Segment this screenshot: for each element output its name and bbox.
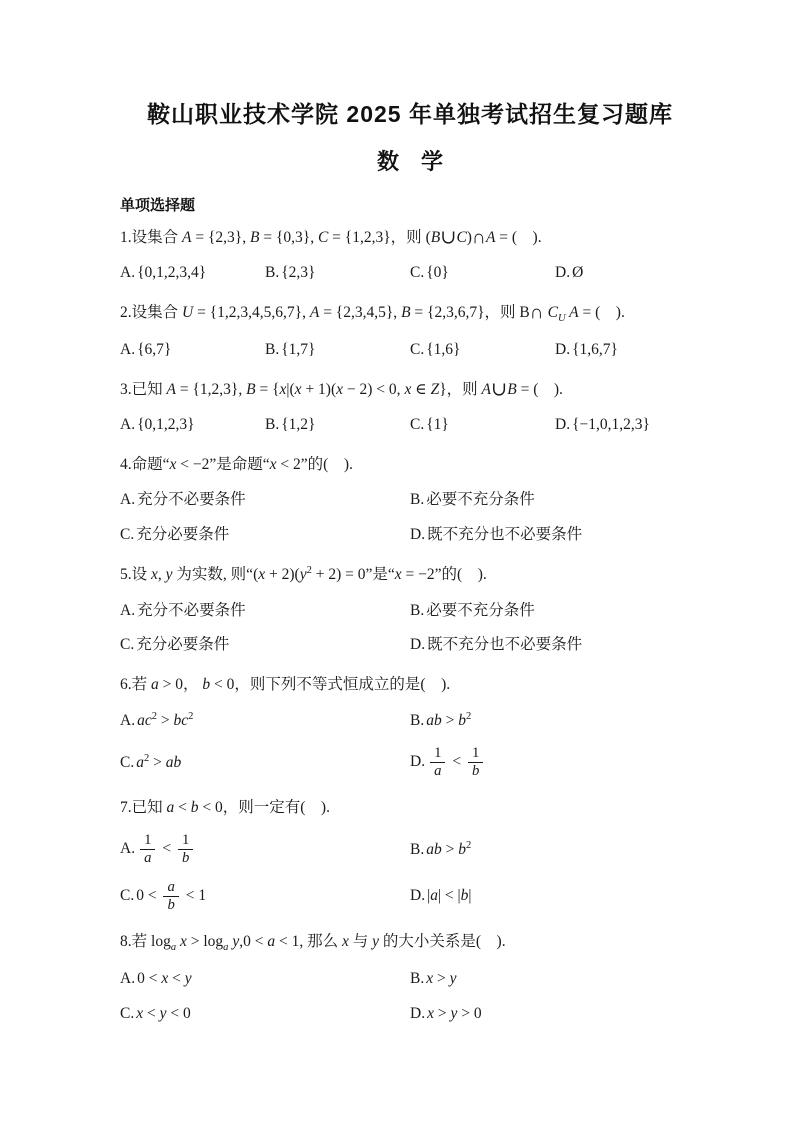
text-run: ,0 < xyxy=(239,933,267,950)
option-text: {2,3} xyxy=(281,264,315,281)
text-run: 6.若 xyxy=(120,676,151,693)
option-C: C.{0} xyxy=(410,262,555,284)
option-B: B.{1,7} xyxy=(265,339,410,361)
text-run: {1,6,7} xyxy=(572,341,618,358)
option-C: C.{1} xyxy=(410,414,555,436)
options-row: A.充分不必要条件 B.必要不充分条件 xyxy=(120,600,700,622)
text-run: {1,2} xyxy=(281,416,315,433)
text-run: < xyxy=(448,753,465,770)
options-row: A.{6,7} B.{1,7} C.{1,6} D.{1,6,7} xyxy=(120,339,700,361)
question-stem: 7.已知 a < b < 0，则一定有( ). xyxy=(120,797,700,819)
text-run: y xyxy=(450,970,457,987)
text-run: ab xyxy=(163,879,178,914)
text-run: < 0 xyxy=(199,799,223,816)
text-run: 充分不必要条件 xyxy=(137,602,246,619)
text-run: + 1)( xyxy=(302,381,337,398)
option-text: {1,7} xyxy=(281,341,315,358)
option-label: A. xyxy=(120,491,135,508)
text-run: 2 xyxy=(466,711,471,722)
text-run: B xyxy=(401,304,410,321)
option-D: D.{−1,0,1,2,3} xyxy=(555,414,700,436)
text-run: 4.命题“ xyxy=(120,456,170,473)
text-run: {1,6} xyxy=(426,341,460,358)
option-label: A. xyxy=(120,602,135,619)
text-run: C xyxy=(548,304,558,321)
text-run: 1a xyxy=(430,745,445,780)
question-3: 3.已知 A = {1,2,3}, B = {x|(x + 1)(x − 2) … xyxy=(120,379,700,437)
option-text: {−1,0,1,2,3} xyxy=(572,416,650,433)
option-A: A.充分不必要条件 xyxy=(120,600,410,622)
option-text: 1a < 1b xyxy=(427,753,486,770)
text-run: }， xyxy=(439,381,462,398)
question-stem: 8.若 loga x > loga y,0 < a < 1, 那么 x 与 y … xyxy=(120,931,700,955)
text-run: 则 xyxy=(406,229,425,246)
option-label: D. xyxy=(555,341,570,358)
option-text: 充分必要条件 xyxy=(136,636,229,653)
option-text: {1,2} xyxy=(281,416,315,433)
text-run: = ( ). xyxy=(579,304,625,321)
text-run: 与 xyxy=(349,933,372,950)
text-run: b xyxy=(458,841,466,858)
text-run: ，则下列不等式恒成立的是( ). xyxy=(234,676,450,693)
option-label: B. xyxy=(265,264,279,281)
text-run: = {2,3,4,5}, xyxy=(319,304,401,321)
option-A: A.{6,7} xyxy=(120,339,265,361)
text-run: a xyxy=(136,754,144,771)
text-run: > xyxy=(149,754,166,771)
section-heading: 单项选择题 xyxy=(120,194,700,215)
text-run: = {2,3,6,7}， xyxy=(411,304,501,321)
text-run: y xyxy=(160,1005,167,1022)
text-run: < xyxy=(158,840,175,857)
option-D: D.{1,6,7} xyxy=(555,339,700,361)
text-run: ”是命题“ xyxy=(209,456,269,473)
option-text: a2 > ab xyxy=(136,754,181,771)
option-D: D.既不充分也不必要条件 xyxy=(410,524,700,546)
text-run: ab xyxy=(166,754,182,771)
option-text: 充分必要条件 xyxy=(136,526,229,543)
text-run: b xyxy=(458,712,466,729)
text-run: x xyxy=(295,381,302,398)
text-run: C xyxy=(318,229,328,246)
text-run: 的大小关系是( ). xyxy=(379,933,506,950)
option-text: x > y > 0 xyxy=(427,1005,482,1022)
text-run: > xyxy=(433,970,450,987)
options-row: A.0 < x < y B.x > y xyxy=(120,968,700,990)
text-run: B xyxy=(431,229,440,246)
option-A: A.{0,1,2,3} xyxy=(120,414,265,436)
text-run: ”的( ). xyxy=(301,456,353,473)
text-run: ab xyxy=(426,841,442,858)
question-2: 2.设集合 U = {1,2,3,4,5,6,7}, A = {2,3,4,5}… xyxy=(120,302,700,362)
question-5: 5.设 x, y 为实数, 则“(x + 2)(y2 + 2) = 0”是“x … xyxy=(120,563,700,657)
text-run: A xyxy=(310,304,319,321)
text-run: + 2) = 0 xyxy=(312,566,366,583)
text-run: = {1,2,3}， xyxy=(328,229,406,246)
text-run: > xyxy=(191,933,204,950)
options-row: C.充分必要条件 D.既不充分也不必要条件 xyxy=(120,524,700,546)
text-run: 则 xyxy=(462,381,481,398)
text-run: < −2 xyxy=(176,456,209,473)
text-run: x xyxy=(151,566,158,583)
text-run: − 2) < 0, xyxy=(343,381,404,398)
option-label: B. xyxy=(410,841,424,858)
text-run: B xyxy=(519,304,529,321)
text-run: b xyxy=(202,676,210,693)
text-run: ∩ xyxy=(472,228,486,249)
text-run: A xyxy=(482,381,491,398)
text-run: Z xyxy=(431,381,440,398)
text-run: 2 xyxy=(188,711,193,722)
option-C: C.x < y < 0 xyxy=(120,1003,410,1025)
option-label: D. xyxy=(555,416,570,433)
text-run: > xyxy=(442,712,459,729)
text-run: x xyxy=(395,566,402,583)
text-run: A xyxy=(486,229,495,246)
text-run: 为实数, 则“ xyxy=(173,566,254,583)
text-run: {−1,0,1,2,3} xyxy=(572,416,650,433)
option-label: A. xyxy=(120,264,135,281)
option-label: A. xyxy=(120,416,135,433)
text-run: | < | xyxy=(438,887,461,904)
option-D: D.1a < 1b xyxy=(410,745,700,780)
option-text: x < y < 0 xyxy=(136,1005,191,1022)
text-run: x xyxy=(270,456,277,473)
text-run: C xyxy=(456,229,466,246)
option-C: C.{1,6} xyxy=(410,339,555,361)
option-label: B. xyxy=(410,970,424,987)
option-A: A.充分不必要条件 xyxy=(120,489,410,511)
option-text: ab > b2 xyxy=(426,712,471,729)
text-run: 1.设集合 xyxy=(120,229,182,246)
text-run: {2,3} xyxy=(281,264,315,281)
option-C: C.充分必要条件 xyxy=(120,634,410,656)
option-label: A. xyxy=(120,970,135,987)
text-run: + 2)( xyxy=(265,566,300,583)
question-stem: 4.命题“x < −2”是命题“x < 2”的( ). xyxy=(120,454,700,476)
option-label: D. xyxy=(410,636,425,653)
option-label: D. xyxy=(555,264,570,281)
text-run: x xyxy=(176,933,191,950)
text-run: x xyxy=(336,381,343,398)
option-text: {1} xyxy=(426,416,449,433)
option-label: A. xyxy=(120,712,135,729)
option-text: {1,6} xyxy=(426,341,460,358)
text-run: ac xyxy=(137,712,152,729)
option-label: B. xyxy=(410,602,424,619)
text-run: x xyxy=(427,1005,434,1022)
text-run: 则 xyxy=(500,304,519,321)
text-run: B xyxy=(246,381,255,398)
text-run: 0 < xyxy=(137,970,161,987)
text-run: 1b xyxy=(178,832,193,867)
option-text: {1,6,7} xyxy=(572,341,618,358)
question-stem: 1.设集合 A = {2,3}, B = {0,3}, C = {1,2,3}，… xyxy=(120,227,700,249)
options-row: A.1a < 1b B.ab > b2 xyxy=(120,832,700,867)
text-run: = {2,3}, xyxy=(191,229,250,246)
options-row: A.充分不必要条件 B.必要不充分条件 xyxy=(120,489,700,511)
option-text: {6,7} xyxy=(137,341,171,358)
question-8: 8.若 loga x > loga y,0 < a < 1, 那么 x 与 y … xyxy=(120,931,700,1025)
text-run: > xyxy=(442,841,459,858)
option-text: {0} xyxy=(426,264,449,281)
text-run: {1} xyxy=(426,416,449,433)
text-run: = ( ). xyxy=(495,229,541,246)
option-label: D. xyxy=(410,753,425,770)
options-row: C.充分必要条件 D.既不充分也不必要条件 xyxy=(120,634,700,656)
text-run: < 2 xyxy=(277,456,301,473)
text-run: > xyxy=(157,712,174,729)
option-label: B. xyxy=(410,491,424,508)
text-run: |( xyxy=(286,381,294,398)
option-D: D.|a| < |b| xyxy=(410,885,700,907)
text-run: = {1,2,3,4,5,6,7}, xyxy=(193,304,310,321)
option-label: C. xyxy=(410,416,424,433)
option-label: A. xyxy=(120,840,135,857)
text-run: 既不充分也不必要条件 xyxy=(427,636,582,653)
options-row: A.ac2 > bc2 B.ab > b2 xyxy=(120,709,700,733)
text-run: < 0 xyxy=(210,676,234,693)
option-label: B. xyxy=(265,341,279,358)
option-B: B.必要不充分条件 xyxy=(410,600,700,622)
text-run: y xyxy=(185,970,192,987)
question-6: 6.若 a > 0， b < 0，则下列不等式恒成立的是( ). A.ac2 >… xyxy=(120,674,700,780)
text-run: {0,1,2,3} xyxy=(137,416,195,433)
option-A: A.{0,1,2,3,4} xyxy=(120,262,265,284)
text-run: 3.已知 xyxy=(120,381,167,398)
option-text: Ø xyxy=(572,264,583,281)
option-text: 0 < ab < 1 xyxy=(136,887,206,904)
option-text: x > y xyxy=(426,970,456,987)
text-run: ∪ xyxy=(440,228,456,249)
subject-subtitle: 数 学 xyxy=(120,145,700,176)
option-text: 充分不必要条件 xyxy=(137,491,246,508)
text-run: ”是“ xyxy=(366,566,395,583)
text-run: x xyxy=(342,933,349,950)
text-run: 1b xyxy=(468,745,483,780)
question-1: 1.设集合 A = {2,3}, B = {0,3}, C = {1,2,3}，… xyxy=(120,227,700,285)
option-B: B.必要不充分条件 xyxy=(410,489,700,511)
text-run: a xyxy=(151,676,159,693)
option-B: B.{1,2} xyxy=(265,414,410,436)
option-B: B.ab > b2 xyxy=(410,838,700,862)
text-run: b xyxy=(191,799,199,816)
text-run: ∈ xyxy=(411,381,430,398)
option-text: |a| < |b| xyxy=(427,887,471,904)
text-run: 1a xyxy=(140,832,155,867)
text-run: = −2 xyxy=(402,566,435,583)
option-text: ac2 > bc2 xyxy=(137,712,193,729)
option-D: D.x > y > 0 xyxy=(410,1003,700,1025)
text-run: 7.已知 xyxy=(120,799,167,816)
text-run: Ø xyxy=(572,264,583,281)
text-run: ，则一定有( ). xyxy=(223,799,330,816)
text-run: a xyxy=(267,933,275,950)
text-run: 0 < xyxy=(136,887,160,904)
text-run: = { xyxy=(256,381,280,398)
text-run: < 1, xyxy=(275,933,303,950)
option-A: A.ac2 > bc2 xyxy=(120,709,410,733)
text-run: 2 xyxy=(466,840,471,851)
text-run: < xyxy=(174,799,191,816)
text-run: 那么 xyxy=(303,933,342,950)
text-run: = {0,3}, xyxy=(259,229,318,246)
option-label: C. xyxy=(120,636,134,653)
option-text: 0 < x < y xyxy=(137,970,192,987)
text-run: < xyxy=(143,1005,160,1022)
text-run: ”的( ). xyxy=(435,566,487,583)
text-run: {0} xyxy=(426,264,449,281)
option-A: A.0 < x < y xyxy=(120,968,410,990)
options-row: C.a2 > ab D.1a < 1b xyxy=(120,745,700,780)
option-label: D. xyxy=(410,887,425,904)
option-label: C. xyxy=(120,887,134,904)
text-run: ab xyxy=(426,712,442,729)
text-run: A xyxy=(566,304,579,321)
text-run: {6,7} xyxy=(137,341,171,358)
question-stem: 3.已知 A = {1,2,3}, B = {x|(x + 1)(x − 2) … xyxy=(120,379,700,401)
text-run: y xyxy=(228,933,239,950)
text-run: U xyxy=(558,313,566,324)
text-run: B xyxy=(507,381,516,398)
option-label: C. xyxy=(410,264,424,281)
text-run: > 0 xyxy=(159,676,183,693)
option-A: A.1a < 1b xyxy=(120,832,410,867)
text-run: y xyxy=(372,933,379,950)
text-run: a xyxy=(430,887,438,904)
option-text: 既不充分也不必要条件 xyxy=(427,526,582,543)
option-text: {0,1,2,3,4} xyxy=(137,264,206,281)
options-row: A.{0,1,2,3} B.{1,2} C.{1} D.{−1,0,1,2,3} xyxy=(120,414,700,436)
text-run: y xyxy=(166,566,173,583)
text-run: 必要不充分条件 xyxy=(426,602,535,619)
text-run: , xyxy=(158,566,166,583)
option-text: 必要不充分条件 xyxy=(426,602,535,619)
option-label: D. xyxy=(410,526,425,543)
question-4: 4.命题“x < −2”是命题“x < 2”的( ). A.充分不必要条件 B.… xyxy=(120,454,700,546)
text-run: 必要不充分条件 xyxy=(426,491,535,508)
option-label: B. xyxy=(410,712,424,729)
text-run: < xyxy=(168,970,185,987)
option-text: 1a < 1b xyxy=(137,840,196,857)
text-run: > 0 xyxy=(457,1005,481,1022)
text-run: U xyxy=(182,304,193,321)
question-stem: 2.设集合 U = {1,2,3,4,5,6,7}, A = {2,3,4,5}… xyxy=(120,302,700,326)
text-run: 充分必要条件 xyxy=(136,526,229,543)
text-run: 2.设集合 xyxy=(120,304,182,321)
text-run: bc xyxy=(173,712,188,729)
option-C: C.a2 > ab xyxy=(120,750,410,774)
option-B: B.x > y xyxy=(410,968,700,990)
option-C: C.0 < ab < 1 xyxy=(120,879,410,914)
option-text: {0,1,2,3} xyxy=(137,416,195,433)
text-run: | xyxy=(468,887,471,904)
text-run: < 1 xyxy=(182,887,206,904)
text-run: 5.设 xyxy=(120,566,151,583)
options-row: A.{0,1,2,3,4} B.{2,3} C.{0} D.Ø xyxy=(120,262,700,284)
options-row: C.x < y < 0 D.x > y > 0 xyxy=(120,1003,700,1025)
text-run: y xyxy=(300,566,307,583)
text-run: ∩ xyxy=(530,302,544,323)
text-run: > xyxy=(434,1005,451,1022)
page-title: 鞍山职业技术学院 2025 年单独考试招生复习题库 xyxy=(120,96,700,129)
option-D: D.Ø xyxy=(555,262,700,284)
text-run: 8.若 xyxy=(120,933,151,950)
text-run: A xyxy=(167,381,176,398)
text-run: {0,1,2,3,4} xyxy=(137,264,206,281)
option-text: 充分不必要条件 xyxy=(137,602,246,619)
text-run: ， xyxy=(183,676,202,693)
text-run: = {1,2,3}, xyxy=(176,381,246,398)
exam-page: 鞍山职业技术学院 2025 年单独考试招生复习题库 数 学 单项选择题 1.设集… xyxy=(0,0,800,1025)
option-B: B.ab > b2 xyxy=(410,709,700,733)
text-run: = ( ). xyxy=(517,381,563,398)
question-stem: 6.若 a > 0， b < 0，则下列不等式恒成立的是( ). xyxy=(120,674,700,696)
option-D: D.既不充分也不必要条件 xyxy=(410,634,700,656)
text-run: log xyxy=(203,933,223,950)
question-stem: 5.设 x, y 为实数, 则“(x + 2)(y2 + 2) = 0”是“x … xyxy=(120,563,700,587)
question-7: 7.已知 a < b < 0，则一定有( ). A.1a < 1b B.ab >… xyxy=(120,797,700,914)
text-run: 充分不必要条件 xyxy=(137,491,246,508)
option-label: D. xyxy=(410,1005,425,1022)
text-run: ∪ xyxy=(491,379,507,400)
option-label: C. xyxy=(120,526,134,543)
option-label: A. xyxy=(120,341,135,358)
text-run: 充分必要条件 xyxy=(136,636,229,653)
option-label: B. xyxy=(265,416,279,433)
text-run: {1,7} xyxy=(281,341,315,358)
options-row: C.0 < ab < 1 D.|a| < |b| xyxy=(120,879,700,914)
option-B: B.{2,3} xyxy=(265,262,410,284)
option-label: C. xyxy=(410,341,424,358)
text-run: log xyxy=(151,933,171,950)
option-text: 既不充分也不必要条件 xyxy=(427,636,582,653)
option-C: C.充分必要条件 xyxy=(120,524,410,546)
option-text: 必要不充分条件 xyxy=(426,491,535,508)
text-run: < 0 xyxy=(167,1005,191,1022)
text-run: 既不充分也不必要条件 xyxy=(427,526,582,543)
option-label: C. xyxy=(120,754,134,771)
option-label: C. xyxy=(120,1005,134,1022)
option-text: ab > b2 xyxy=(426,841,471,858)
